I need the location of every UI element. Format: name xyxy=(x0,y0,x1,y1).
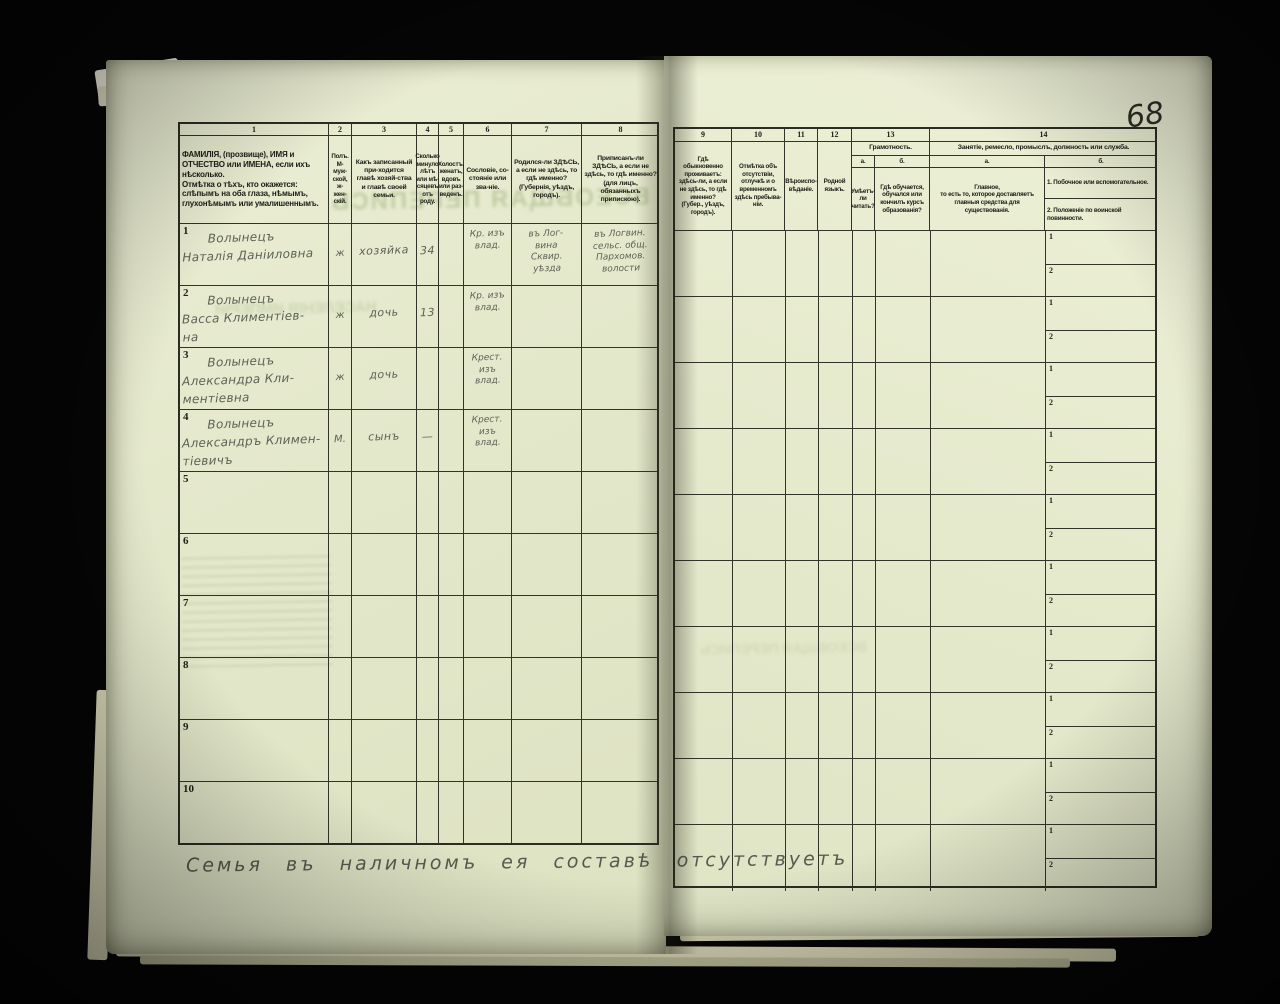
row-number: 7 xyxy=(183,597,189,609)
census-cell xyxy=(512,596,582,658)
column-rule xyxy=(818,693,819,759)
census-cell: 13 xyxy=(417,286,439,348)
header-absence-column: Отмѣтка объ отсутствіи, отлучкѣ и о врем… xyxy=(732,142,785,230)
header-military-status: 2. Положеніе по воинской повинности. xyxy=(1045,199,1157,230)
header-education: Гдѣ обучается, обучался или кончилъ курс… xyxy=(875,168,930,230)
header-marital-column: Холостъ, женатъ, вдовъ или раз-веденъ. xyxy=(439,136,464,223)
column-rule xyxy=(785,561,786,627)
handwriting-relation: дочь xyxy=(352,367,416,382)
header-name-column: ФАМИЛІЯ, (прозвище), ИМЯ и ОТЧЕСТВО или … xyxy=(180,136,329,223)
header-sub-b: б. xyxy=(1045,156,1157,168)
census-row: 12 xyxy=(675,296,1155,363)
right-rows-area: 12121212121212121212 xyxy=(675,230,1155,886)
row-number: 10 xyxy=(183,783,194,795)
sub-row-number: 2 xyxy=(1049,728,1053,737)
sub-row-number: 2 xyxy=(1049,794,1053,803)
census-cell xyxy=(582,658,659,720)
column-rule xyxy=(732,495,733,561)
census-row: 12 xyxy=(675,230,1155,297)
column-number: 9 xyxy=(675,129,732,142)
census-cell: дочь xyxy=(352,286,417,348)
left-rows-area: 1Волынецъ Наталія Даніиловнажхозяйка34Кр… xyxy=(180,223,657,843)
column-rule xyxy=(930,627,931,693)
column-number: 14 xyxy=(930,129,1157,142)
column-rule xyxy=(930,561,931,627)
census-row: 2Волынецъ Васса Климентіев- наждочь13Кр.… xyxy=(180,285,657,348)
census-cell: 8 xyxy=(180,658,329,720)
census-cell xyxy=(512,348,582,410)
sub-row-number: 2 xyxy=(1049,398,1053,407)
column-rule xyxy=(875,693,876,759)
census-cell: 34 xyxy=(417,224,439,286)
header-side-occupation: 1. Побочное или вспомогательное. xyxy=(1045,168,1157,199)
header-sub-a: а. xyxy=(930,156,1045,168)
handwriting-name: Волынецъ Александра Кли- ментіевна xyxy=(181,349,329,408)
census-cell xyxy=(417,658,439,720)
census-cell: ж xyxy=(329,224,352,286)
census-cell xyxy=(329,720,352,782)
row-number: 6 xyxy=(183,535,189,547)
census-table-left: 1 2 3 4 5 6 7 8 ФАМИЛІЯ, (прозвище), ИМЯ… xyxy=(178,122,659,845)
sub-row-rule xyxy=(1045,858,1155,859)
census-cell: Крест. изъ влад. xyxy=(464,410,512,472)
census-cell xyxy=(417,348,439,410)
census-cell: 5 xyxy=(180,472,329,534)
census-row: 10 xyxy=(180,781,657,844)
census-cell: 1Волынецъ Наталія Даніиловна xyxy=(180,224,329,286)
census-row: 12 xyxy=(675,692,1155,759)
column-rule xyxy=(930,825,931,891)
column-rule xyxy=(875,297,876,363)
census-cell xyxy=(352,782,417,844)
census-cell xyxy=(582,596,659,658)
census-cell xyxy=(439,782,464,844)
census-cell xyxy=(439,720,464,782)
census-cell xyxy=(512,286,582,348)
census-cell xyxy=(417,782,439,844)
column-number: 5 xyxy=(439,124,464,136)
census-cell: 4Волынецъ Александръ Климен- тіевичъ xyxy=(180,410,329,472)
census-cell xyxy=(464,472,512,534)
census-cell xyxy=(329,658,352,720)
sub-row-number: 2 xyxy=(1049,662,1053,671)
handwriting-relation: сынъ xyxy=(352,429,416,444)
sub-row-number: 2 xyxy=(1049,266,1053,275)
census-cell: М. xyxy=(329,410,352,472)
page-stack-edge xyxy=(140,955,1070,967)
handwriting-sex: М. xyxy=(329,434,351,446)
census-cell xyxy=(352,596,417,658)
column-rule xyxy=(930,231,931,297)
census-cell xyxy=(512,410,582,472)
column-rule xyxy=(818,495,819,561)
column-number: 7 xyxy=(512,124,582,136)
column-rule xyxy=(732,429,733,495)
sub-row-rule xyxy=(1045,792,1155,793)
handwriting-name: Волынецъ Наталія Даніиловна xyxy=(181,225,328,266)
census-cell xyxy=(464,782,512,844)
header-language-column: Родной языкъ. xyxy=(818,142,852,230)
handwriting-name: Волынецъ Александръ Климен- тіевичъ xyxy=(181,411,329,470)
column-rule xyxy=(852,297,853,363)
census-cell: 9 xyxy=(180,720,329,782)
census-cell xyxy=(439,534,464,596)
sub-row-number: 1 xyxy=(1049,826,1053,835)
census-cell xyxy=(512,782,582,844)
column-number: 13 xyxy=(852,129,930,142)
column-rule xyxy=(818,231,819,297)
census-cell: ж xyxy=(329,286,352,348)
handwriting-age: 34 xyxy=(417,244,438,258)
census-cell xyxy=(352,534,417,596)
sub-row-rule xyxy=(1045,396,1155,397)
column-rule xyxy=(732,231,733,297)
column-number: 4 xyxy=(417,124,439,136)
census-cell: хозяйка xyxy=(352,224,417,286)
sub-row-rule xyxy=(1045,660,1155,661)
census-row: 6 xyxy=(180,533,657,596)
header-age-column: Сколько минуло лѣтъ или мѣ-сяцевъ отъ ро… xyxy=(417,136,439,223)
sub-row-number: 1 xyxy=(1049,562,1053,571)
census-cell xyxy=(329,534,352,596)
census-cell: 6 xyxy=(180,534,329,596)
header-relation-column: Какъ записанный при-ходится главѣ хозяй-… xyxy=(352,136,417,223)
sub-row-number: 1 xyxy=(1049,694,1053,703)
census-cell xyxy=(582,410,659,472)
census-cell: 7 xyxy=(180,596,329,658)
sub-row-number: 2 xyxy=(1049,332,1053,341)
photographed-census-ledger: ВСЕОБЩАЯ ПЕРЕПИСЬ НАСЕЛЕНІЯ ИМПЕРІИ ВСЕО… xyxy=(0,0,1280,1004)
census-cell xyxy=(512,658,582,720)
column-rule xyxy=(875,231,876,297)
census-row: 7 xyxy=(180,595,657,658)
column-rule xyxy=(930,759,931,825)
column-rule xyxy=(818,561,819,627)
column-number: 12 xyxy=(818,129,852,142)
column-rule xyxy=(818,363,819,429)
census-cell xyxy=(582,782,659,844)
header-sub-a: а. xyxy=(852,156,875,168)
sub-row-rule xyxy=(1045,264,1155,265)
sub-row-number: 1 xyxy=(1049,232,1053,241)
header-sub-b: б. xyxy=(875,156,930,168)
column-rule xyxy=(930,363,931,429)
column-rule xyxy=(818,759,819,825)
column-rule xyxy=(818,429,819,495)
handwriting-relation: хозяйка xyxy=(352,243,416,258)
sub-row-rule xyxy=(1045,528,1155,529)
column-rule xyxy=(785,627,786,693)
census-cell xyxy=(417,596,439,658)
census-cell xyxy=(512,472,582,534)
census-cell xyxy=(582,720,659,782)
census-cell xyxy=(439,658,464,720)
column-rule xyxy=(930,495,931,561)
column-rule xyxy=(732,627,733,693)
census-row: 4Волынецъ Александръ Климен- тіевичъМ.сы… xyxy=(180,409,657,472)
census-row: 9 xyxy=(180,719,657,782)
census-cell xyxy=(582,534,659,596)
column-rule xyxy=(785,759,786,825)
census-cell: дочь xyxy=(352,348,417,410)
header-registration-column: Приписанъ-ли ЗДѢСЬ, а если не здѣсь, то … xyxy=(582,136,659,223)
handwriting-age: 13 xyxy=(417,306,438,320)
census-cell: сынъ xyxy=(352,410,417,472)
column-rule xyxy=(785,693,786,759)
column-rule xyxy=(852,693,853,759)
column-number: 11 xyxy=(785,129,818,142)
census-cell: Кр. изъ влад. xyxy=(464,224,512,286)
row-number: 9 xyxy=(183,721,189,733)
census-cell: — xyxy=(417,410,439,472)
row-number: 5 xyxy=(183,473,189,485)
census-cell xyxy=(582,348,659,410)
census-cell xyxy=(329,782,352,844)
column-rule xyxy=(785,363,786,429)
column-number: 1 xyxy=(180,124,329,136)
column-rule xyxy=(852,627,853,693)
column-rule xyxy=(732,759,733,825)
census-cell xyxy=(582,472,659,534)
column-rule xyxy=(875,495,876,561)
sub-row-number: 1 xyxy=(1049,298,1053,307)
handwriting-estate: Крест. изъ влад. xyxy=(459,352,515,389)
sub-row-number: 1 xyxy=(1049,496,1053,505)
census-cell: въ Логвин. сельс. общ. Пархомов. волости xyxy=(582,224,659,286)
handwriting-estate: Кр. изъ влад. xyxy=(460,290,516,315)
handwriting-sex: ж xyxy=(329,310,351,322)
column-rule xyxy=(852,561,853,627)
census-cell xyxy=(439,472,464,534)
handwriting-sex: ж xyxy=(329,372,351,384)
sub-row-number: 2 xyxy=(1049,596,1053,605)
sub-row-rule xyxy=(1045,726,1155,727)
handwriting-registered: въ Логвин. сельс. общ. Пархомов. волости xyxy=(577,228,664,278)
census-cell xyxy=(329,596,352,658)
column-rule xyxy=(852,231,853,297)
handwriting-age: — xyxy=(417,430,438,444)
census-cell xyxy=(464,658,512,720)
sub-row-rule xyxy=(1045,594,1155,595)
census-cell xyxy=(352,472,417,534)
header-main-occupation: Главное, то есть то, которое доставляетъ… xyxy=(930,168,1045,230)
header-religion-column: Вѣроиспо-вѣданіе. xyxy=(785,142,818,230)
census-row: 12 xyxy=(675,758,1155,825)
column-rule xyxy=(785,297,786,363)
sub-row-rule xyxy=(1045,462,1155,463)
sub-row-number: 1 xyxy=(1049,760,1053,769)
sub-row-rule xyxy=(1045,330,1155,331)
header-birthplace-column: Родился-ли ЗДѢСЬ, а если не здѣсь, то гд… xyxy=(512,136,582,223)
header-occupation-group: Занятіе, ремесло, промыслъ, должность ил… xyxy=(930,142,1157,156)
column-rule xyxy=(852,429,853,495)
census-cell xyxy=(512,720,582,782)
column-rule xyxy=(732,297,733,363)
column-rule xyxy=(875,759,876,825)
column-rule xyxy=(732,693,733,759)
column-rule xyxy=(732,363,733,429)
census-cell xyxy=(417,472,439,534)
census-row: 12 xyxy=(675,626,1155,693)
census-cell: 2Волынецъ Васса Климентіев- на xyxy=(180,286,329,348)
handwriting-estate: Крест. изъ влад. xyxy=(459,414,515,451)
census-row: 12 xyxy=(675,494,1155,561)
census-row: 12 xyxy=(675,362,1155,429)
sub-row-number: 1 xyxy=(1049,430,1053,439)
column-rule xyxy=(875,627,876,693)
column-number: 3 xyxy=(352,124,417,136)
column-rule xyxy=(785,231,786,297)
census-cell: 3Волынецъ Александра Кли- ментіевна xyxy=(180,348,329,410)
census-cell xyxy=(352,720,417,782)
header-estate-column: Сословіе, со-стояніе или зва-ніе. xyxy=(464,136,512,223)
census-row: 12 xyxy=(675,428,1155,495)
column-rule xyxy=(818,627,819,693)
census-row: 8 xyxy=(180,657,657,720)
census-table-right: 9 10 11 12 13 14 Гдѣ обыкновенно прожива… xyxy=(673,127,1157,888)
census-row: 1Волынецъ Наталія Даніиловнажхозяйка34Кр… xyxy=(180,223,657,286)
census-cell: Крест. изъ влад. xyxy=(464,348,512,410)
census-cell xyxy=(329,472,352,534)
census-cell: 10 xyxy=(180,782,329,844)
census-cell: ж xyxy=(329,348,352,410)
column-rule xyxy=(930,297,931,363)
sub-row-number: 1 xyxy=(1049,364,1053,373)
column-rule xyxy=(852,759,853,825)
header-sex-column: Полъ. М-муж- ской, ж-жен- скій. xyxy=(329,136,352,223)
census-cell xyxy=(352,658,417,720)
census-cell: Кр. изъ влад. xyxy=(464,286,512,348)
header-residence-column: Гдѣ обыкновенно проживаетъ: здѣсь-ли, а … xyxy=(675,142,732,230)
census-row: 5 xyxy=(180,471,657,534)
census-cell xyxy=(417,534,439,596)
column-rule xyxy=(930,693,931,759)
column-number: 10 xyxy=(732,129,785,142)
census-row: 12 xyxy=(675,560,1155,627)
sub-row-number: 2 xyxy=(1049,860,1053,869)
sub-row-number: 1 xyxy=(1049,628,1053,637)
column-rule xyxy=(785,495,786,561)
census-cell xyxy=(417,720,439,782)
census-cell xyxy=(512,534,582,596)
column-rule xyxy=(930,429,931,495)
census-cell xyxy=(464,720,512,782)
census-row: 3Волынецъ Александра Кли- ментіевнаждочь… xyxy=(180,347,657,410)
census-cell xyxy=(464,534,512,596)
census-cell xyxy=(439,596,464,658)
row-number: 8 xyxy=(183,659,189,671)
handwriting-birthplace: въ Лог- вина Сквир. уѣзда xyxy=(507,228,586,277)
census-cell: въ Лог- вина Сквир. уѣзда xyxy=(512,224,582,286)
header-can-read: Умѣетъ-ли читать? xyxy=(852,168,875,230)
handwriting-sex: ж xyxy=(329,248,351,260)
column-rule xyxy=(732,561,733,627)
census-cell xyxy=(582,286,659,348)
column-number: 6 xyxy=(464,124,512,136)
sub-row-number: 2 xyxy=(1049,464,1053,473)
column-rule xyxy=(852,363,853,429)
handwriting-name: Волынецъ Васса Климентіев- на xyxy=(181,287,329,346)
header-literacy-group: Грамотность. xyxy=(852,142,930,156)
column-rule xyxy=(875,561,876,627)
column-rule xyxy=(875,363,876,429)
column-rule xyxy=(875,429,876,495)
column-rule xyxy=(818,297,819,363)
handwriting-relation: дочь xyxy=(352,305,416,320)
column-rule xyxy=(785,429,786,495)
census-cell xyxy=(464,596,512,658)
column-number: 8 xyxy=(582,124,659,136)
column-rule xyxy=(852,495,853,561)
sub-row-number: 2 xyxy=(1049,530,1053,539)
column-number: 2 xyxy=(329,124,352,136)
